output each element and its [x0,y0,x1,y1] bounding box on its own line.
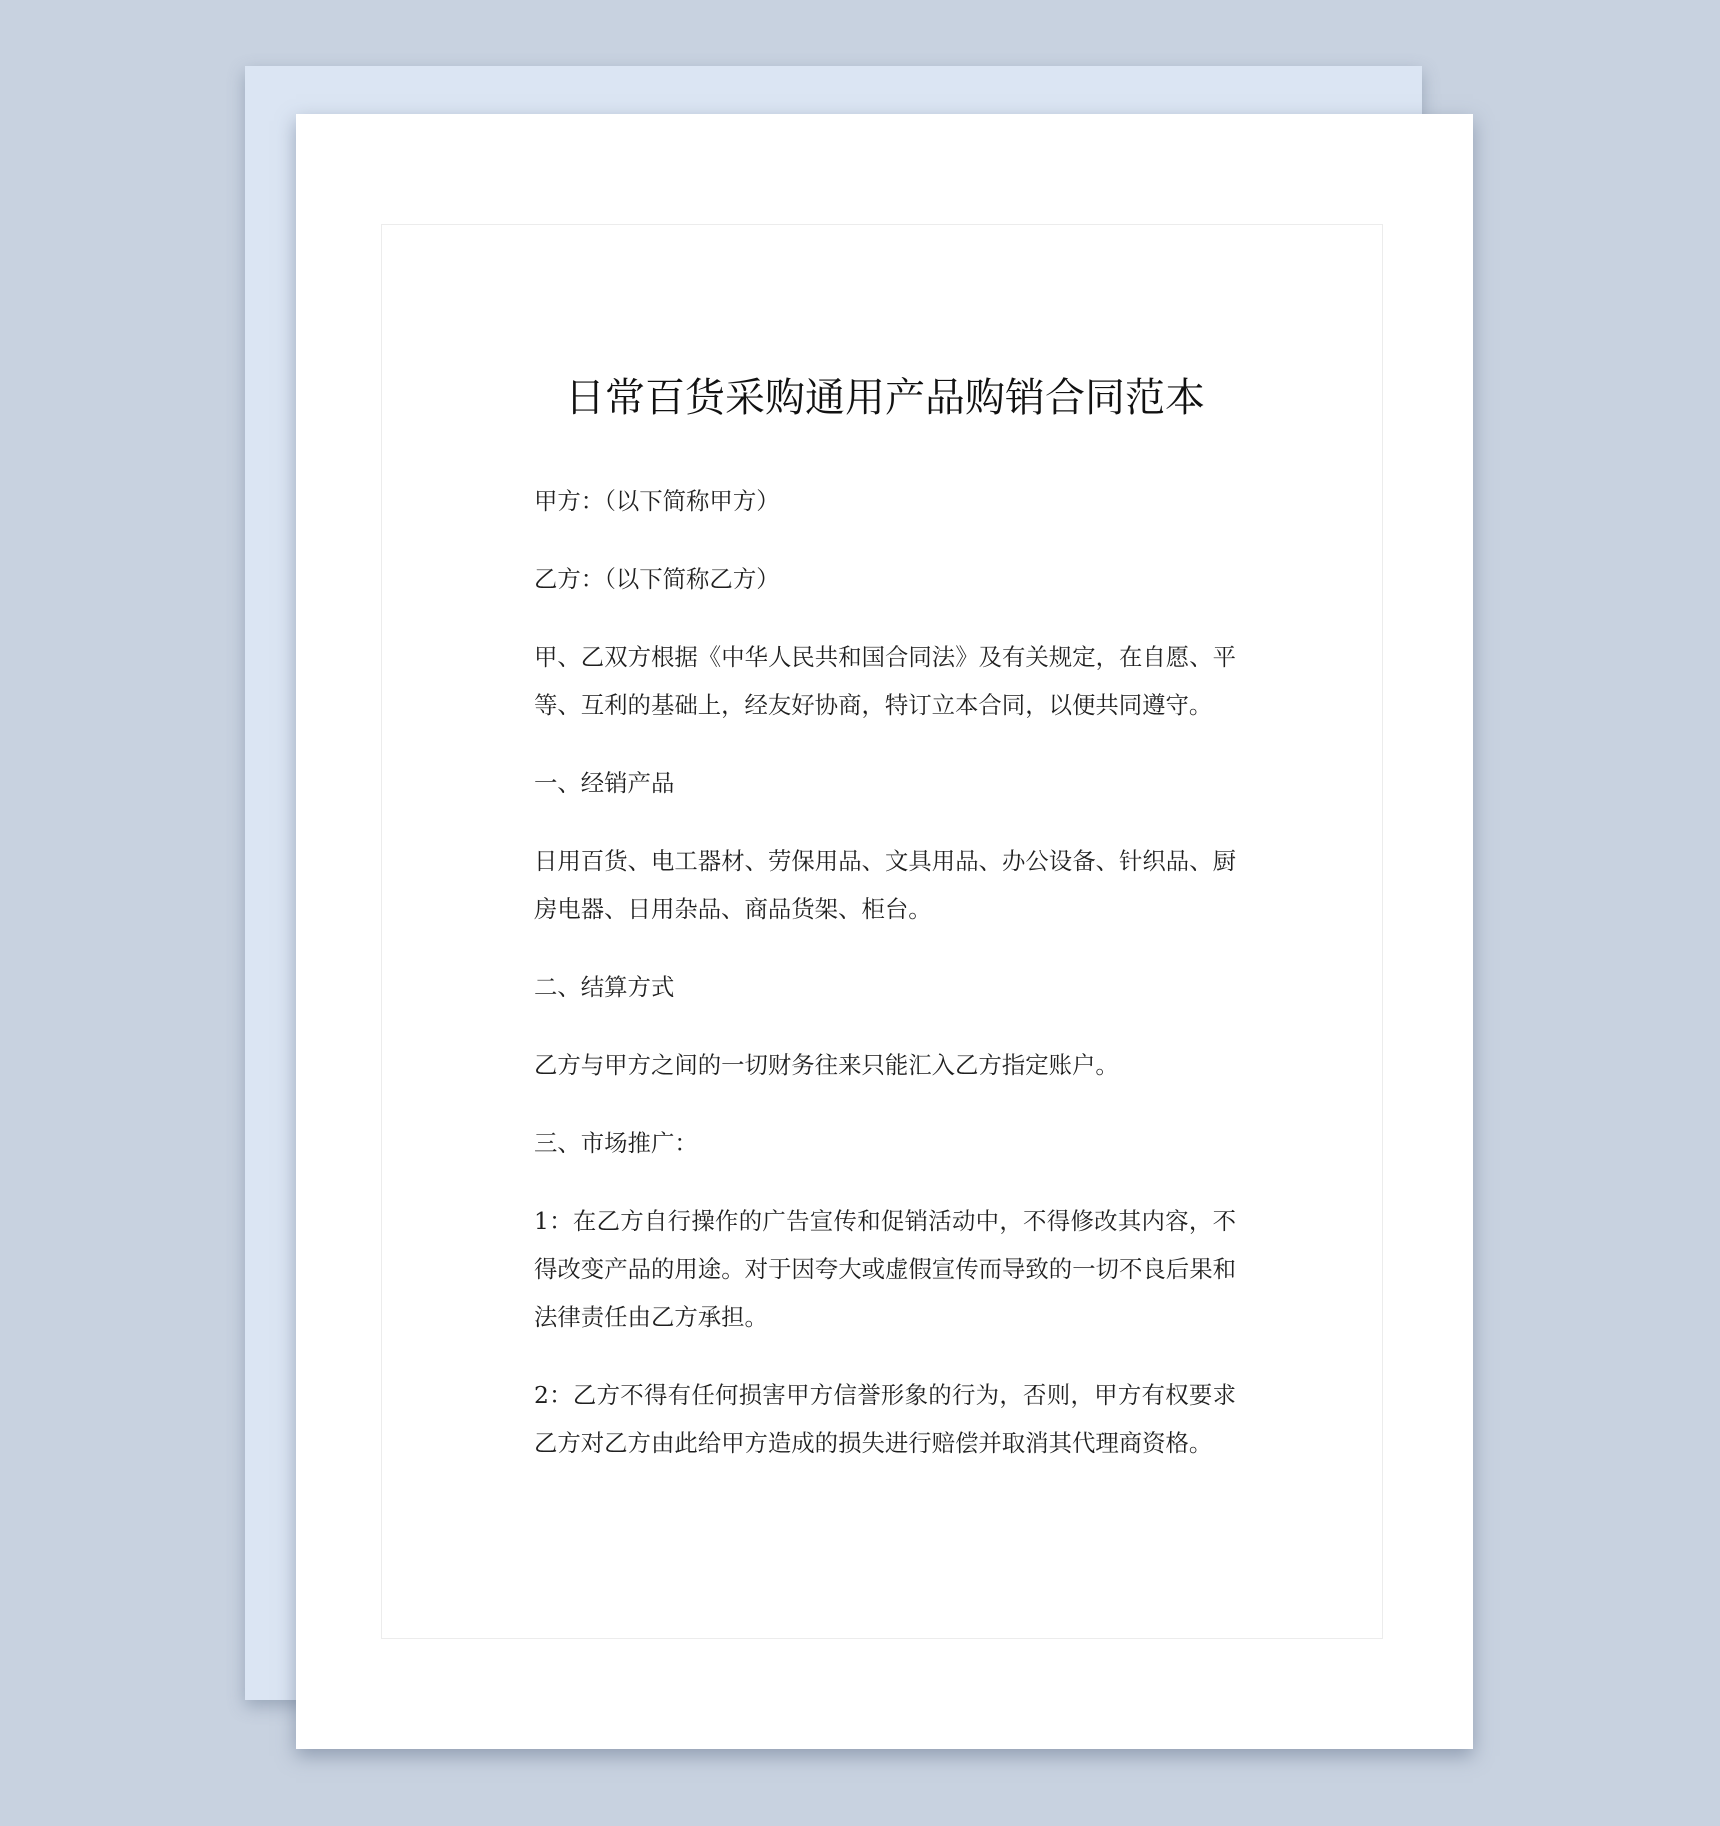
paragraph: 甲、乙双方根据《中华人民共和国合同法》及有关规定，在自愿、平等、互利的基础上，经… [534,633,1236,729]
paragraph-line: 法律责任由乙方承担。 [534,1293,1236,1341]
document-title: 日常百货采购通用产品购销合同范本 [534,374,1236,422]
paragraph-line: 二、结算方式 [534,963,1236,1011]
paragraph: 1：在乙方自行操作的广告宣传和促销活动中，不得修改其内容，不得改变产品的用途。对… [534,1197,1236,1341]
paragraph: 三、市场推广： [534,1119,1236,1167]
document-content: 日常百货采购通用产品购销合同范本 甲方：（以下简称甲方）乙方：（以下简称乙方）甲… [534,374,1236,1467]
document-page: 日常百货采购通用产品购销合同范本 甲方：（以下简称甲方）乙方：（以下简称乙方）甲… [296,114,1473,1749]
paragraph-line: 等、互利的基础上，经友好协商，特订立本合同，以便共同遵守。 [534,681,1236,729]
paragraph: 二、结算方式 [534,963,1236,1011]
paragraph-line: 1：在乙方自行操作的广告宣传和促销活动中，不得修改其内容，不 [534,1197,1236,1245]
document-body: 甲方：（以下简称甲方）乙方：（以下简称乙方）甲、乙双方根据《中华人民共和国合同法… [534,477,1236,1467]
paragraph: 乙方与甲方之间的一切财务往来只能汇入乙方指定账户。 [534,1041,1236,1089]
paragraph-line: 甲方：（以下简称甲方） [534,477,1236,525]
paragraph-line: 乙方与甲方之间的一切财务往来只能汇入乙方指定账户。 [534,1041,1236,1089]
paragraph: 乙方：（以下简称乙方） [534,555,1236,603]
paragraph-line: 2：乙方不得有任何损害甲方信誉形象的行为，否则，甲方有权要求 [534,1371,1236,1419]
paragraph-line: 甲、乙双方根据《中华人民共和国合同法》及有关规定，在自愿、平 [534,633,1236,681]
paragraph-line: 一、经销产品 [534,759,1236,807]
desktop-background: 日常百货采购通用产品购销合同范本 甲方：（以下简称甲方）乙方：（以下简称乙方）甲… [0,0,1720,1826]
paragraph-line: 房电器、日用杂品、商品货架、柜台。 [534,885,1236,933]
paragraph: 甲方：（以下简称甲方） [534,477,1236,525]
paragraph-line: 日用百货、电工器材、劳保用品、文具用品、办公设备、针织品、厨 [534,837,1236,885]
paragraph: 一、经销产品 [534,759,1236,807]
paragraph-line: 得改变产品的用途。对于因夸大或虚假宣传而导致的一切不良后果和 [534,1245,1236,1293]
paragraph: 2：乙方不得有任何损害甲方信誉形象的行为，否则，甲方有权要求乙方对乙方由此给甲方… [534,1371,1236,1467]
paragraph-line: 乙方对乙方由此给甲方造成的损失进行赔偿并取消其代理商资格。 [534,1419,1236,1467]
paragraph-line: 乙方：（以下简称乙方） [534,555,1236,603]
paragraph-line: 三、市场推广： [534,1119,1236,1167]
paragraph: 日用百货、电工器材、劳保用品、文具用品、办公设备、针织品、厨房电器、日用杂品、商… [534,837,1236,933]
